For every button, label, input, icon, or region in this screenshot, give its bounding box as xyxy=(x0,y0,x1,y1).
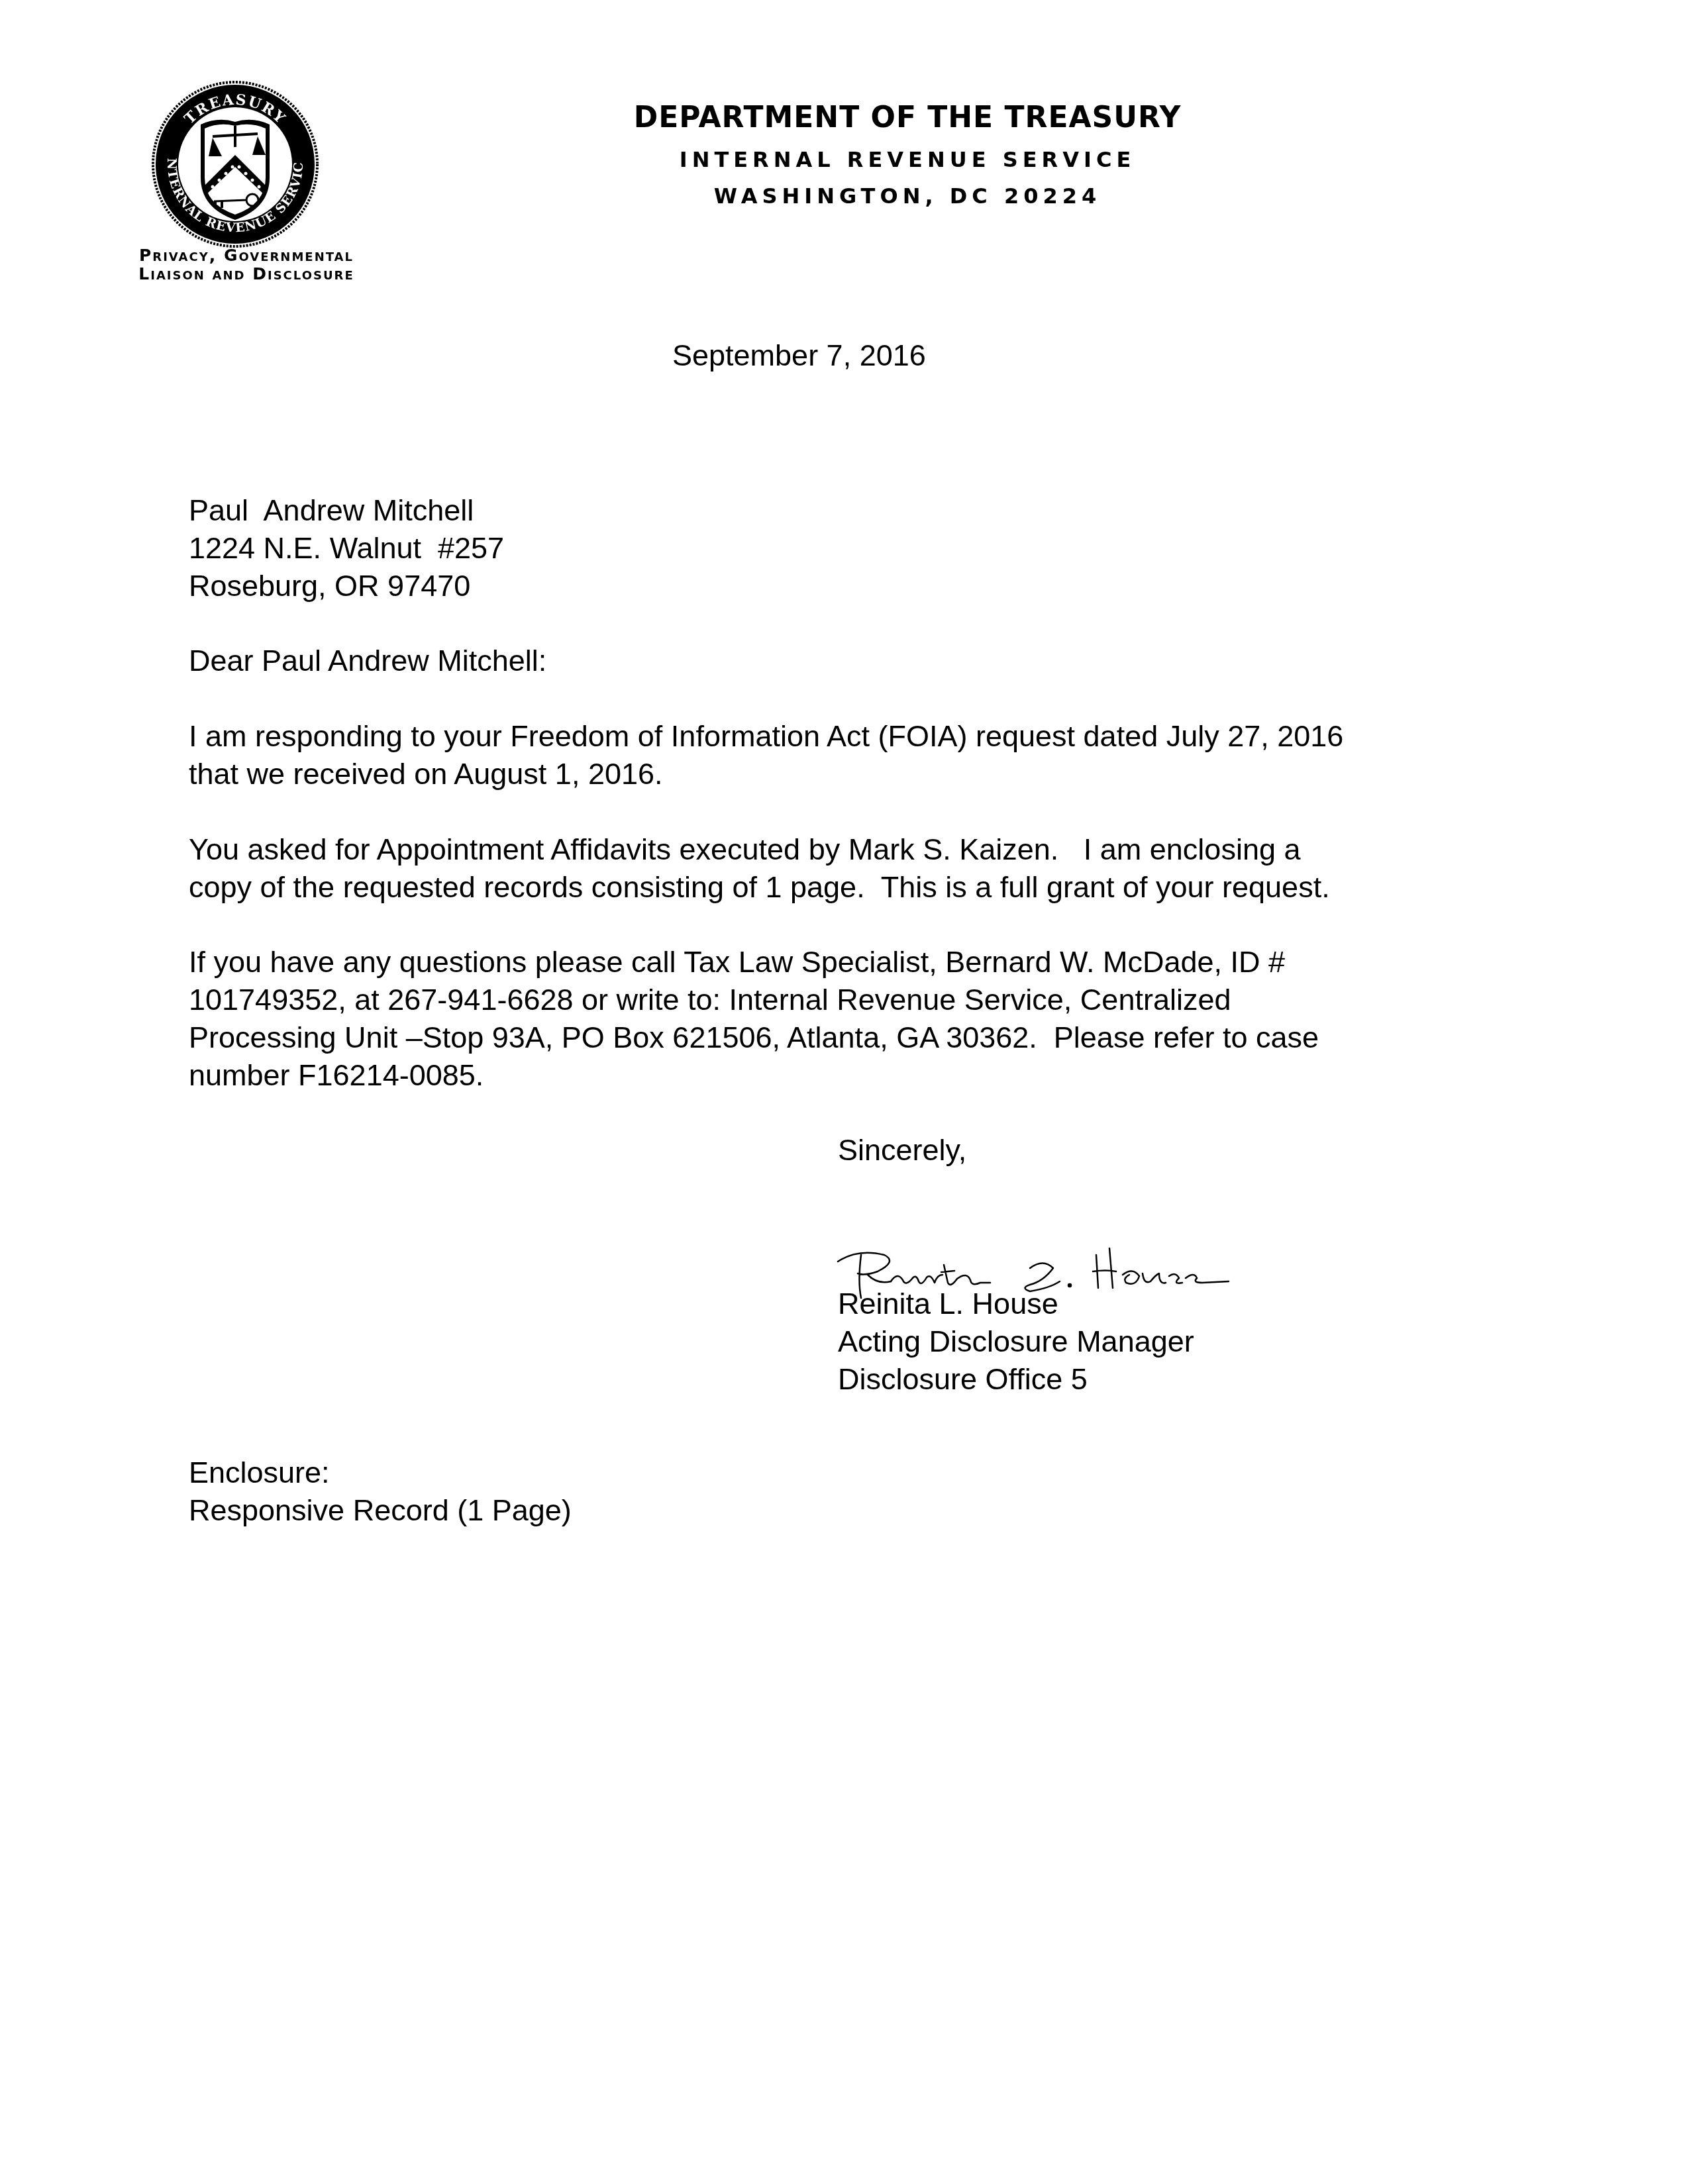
city-heading: WASHINGTON, DC 20224 xyxy=(576,183,1239,209)
signatory-title: Acting Disclosure Manager xyxy=(838,1322,1194,1360)
paragraph-line: 101749352, at 267-941-6628 or write to: … xyxy=(189,981,1513,1018)
agency-heading: INTERNAL REVENUE SERVICE xyxy=(576,147,1239,172)
paragraph-line: I am responding to your Freedom of Infor… xyxy=(189,717,1513,755)
recipient-address: Paul Andrew Mitchell 1224 N.E. Walnut #2… xyxy=(189,491,504,605)
enclosure-label: Enclosure: xyxy=(189,1454,572,1491)
letter-date: September 7, 2016 xyxy=(672,336,926,374)
enclosure-block: Enclosure: Responsive Record (1 Page) xyxy=(189,1454,572,1529)
recipient-address-line2: Roseburg, OR 97470 xyxy=(189,567,504,605)
paragraph-line: If you have any questions please call Ta… xyxy=(189,943,1513,981)
paragraph-foia-request: I am responding to your Freedom of Infor… xyxy=(189,717,1513,793)
office-name: Privacy, Governmental Liaison and Disclo… xyxy=(87,246,405,283)
recipient-name: Paul Andrew Mitchell xyxy=(189,491,504,529)
paragraph-line: You asked for Appointment Affidavits exe… xyxy=(189,830,1513,868)
enclosure-item: Responsive Record (1 Page) xyxy=(189,1491,572,1529)
paragraph-line: copy of the requested records consisting… xyxy=(189,868,1513,906)
signatory-block: Reinita L. House Acting Disclosure Manag… xyxy=(838,1285,1194,1398)
closing: Sincerely, xyxy=(838,1131,966,1169)
office-line-1: Privacy, Governmental xyxy=(87,246,405,265)
department-heading: DEPARTMENT OF THE TREASURY xyxy=(576,101,1239,134)
paragraph-line: Processing Unit –Stop 93A, PO Box 621506… xyxy=(189,1018,1513,1056)
recipient-address-line1: 1224 N.E. Walnut #257 xyxy=(189,529,504,567)
paragraph-line: that we received on August 1, 2016. xyxy=(189,755,1513,793)
salutation: Dear Paul Andrew Mitchell: xyxy=(189,642,546,679)
signatory-office: Disclosure Office 5 xyxy=(838,1360,1194,1398)
paragraph-line: number F16214-0085. xyxy=(189,1056,1513,1094)
signatory-name: Reinita L. House xyxy=(838,1285,1194,1322)
paragraph-contact-info: If you have any questions please call Ta… xyxy=(189,943,1513,1094)
paragraph-records-enclosed: You asked for Appointment Affidavits exe… xyxy=(189,830,1513,906)
irs-seal-icon: TREASURY INTERNAL REVENUE SERVICE xyxy=(149,78,321,250)
office-line-2: Liaison and Disclosure xyxy=(87,265,405,283)
